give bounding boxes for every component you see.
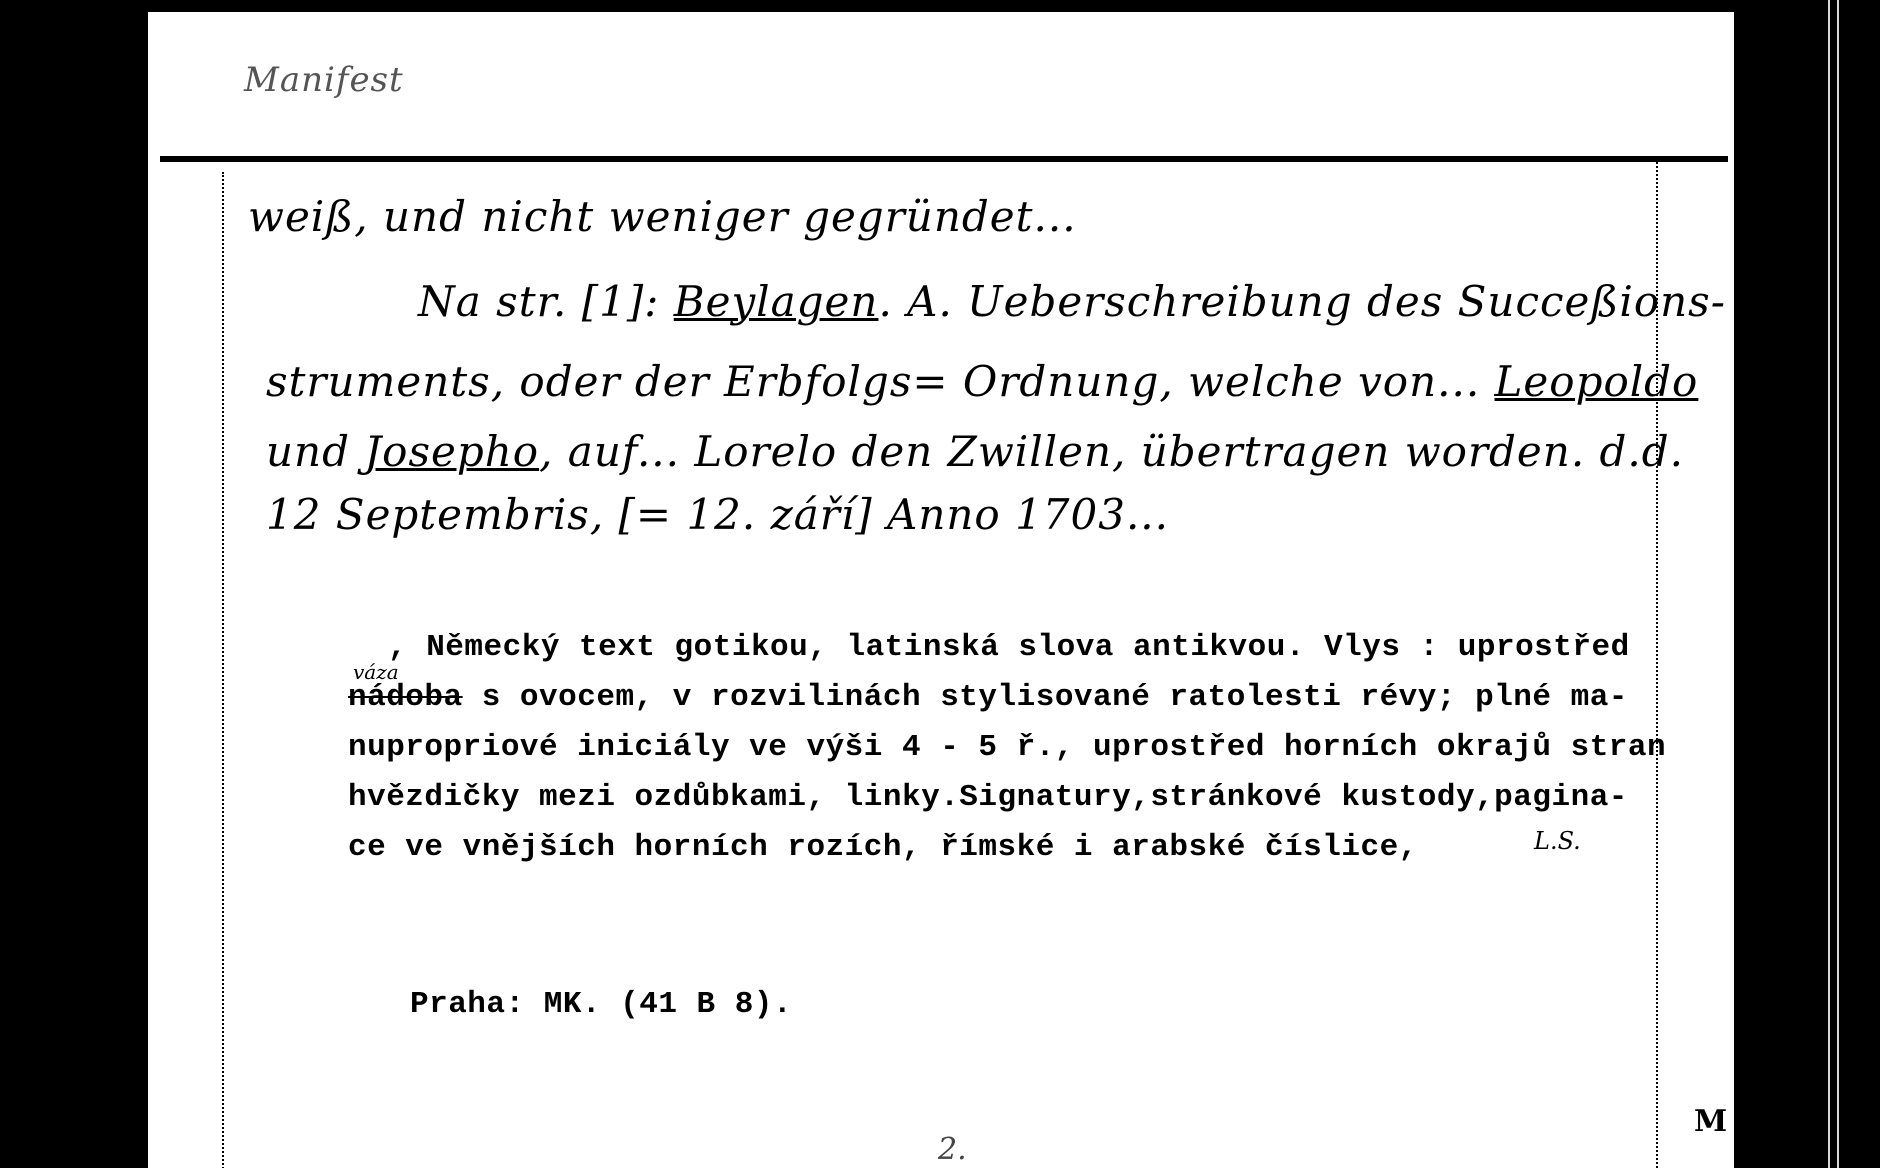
- handwritten-ls-mark: L.S.: [1534, 827, 1581, 855]
- page-number: 2.: [938, 1132, 967, 1167]
- line-2-rest: . A. Ueberschreibung des Succeßions- In-: [878, 277, 1801, 326]
- catalog-card: Manifest weiß, und nicht weniger gegründ…: [148, 12, 1734, 1168]
- header-annotation: Manifest: [244, 60, 404, 100]
- scan-artifact-line: [1828, 0, 1830, 1168]
- underlined-word-leopoldo: Leopoldo: [1495, 357, 1699, 406]
- typed-line-5: ce ve vnějších horních rozích, římské i …: [348, 830, 1418, 865]
- corner-letter: M: [1694, 1104, 1727, 1139]
- handwritten-line-2: Na str. [1]: Beylagen. A. Ueberschreibun…: [418, 277, 1801, 326]
- line-3-text: struments, oder der Erbfolgs= Ordnung, w…: [266, 357, 1495, 406]
- typed-line-4: hvězdičky mezi ozdůbkami, linky.Signatur…: [348, 780, 1628, 815]
- line-4-prefix: und: [266, 427, 364, 476]
- typed-line-2-rest: s ovocem, v rozvilinách stylisované rato…: [463, 680, 1628, 715]
- struck-word: nádoba: [348, 680, 463, 715]
- scan-artifact-line: [1837, 0, 1839, 1168]
- handwritten-line-1: weiß, und nicht weniger gegründet...: [248, 192, 1077, 241]
- location-shelfmark: Praha: MK. (41 B 8).: [410, 987, 792, 1022]
- left-margin-line: [222, 172, 224, 1168]
- header-divider: [160, 156, 1728, 162]
- page-reference: Na str. [1]:: [418, 277, 674, 326]
- underlined-word-beylagen: Beylagen: [674, 277, 879, 326]
- underlined-word-josepho: Josepho: [364, 427, 539, 476]
- handwritten-line-4: und Josepho, auf... Lorelo den Zwillen, …: [266, 427, 1684, 476]
- typed-line-2: nádoba s ovocem, v rozvilinách stylisova…: [348, 680, 1628, 715]
- handwritten-line-5: 12 Septembris, [= 12. září] Anno 1703...: [266, 490, 1169, 539]
- typed-line-1: , Německý text gotikou, latinská slova a…: [388, 630, 1630, 665]
- typed-line-3: nupropriové iniciály ve výši 4 - 5 ř., u…: [348, 730, 1666, 765]
- handwritten-line-3: struments, oder der Erbfolgs= Ordnung, w…: [266, 357, 1698, 406]
- line-4-rest: , auf... Lorelo den Zwillen, übertragen …: [539, 427, 1684, 476]
- scan-viewer: Manifest weiß, und nicht weniger gegründ…: [0, 0, 1880, 1168]
